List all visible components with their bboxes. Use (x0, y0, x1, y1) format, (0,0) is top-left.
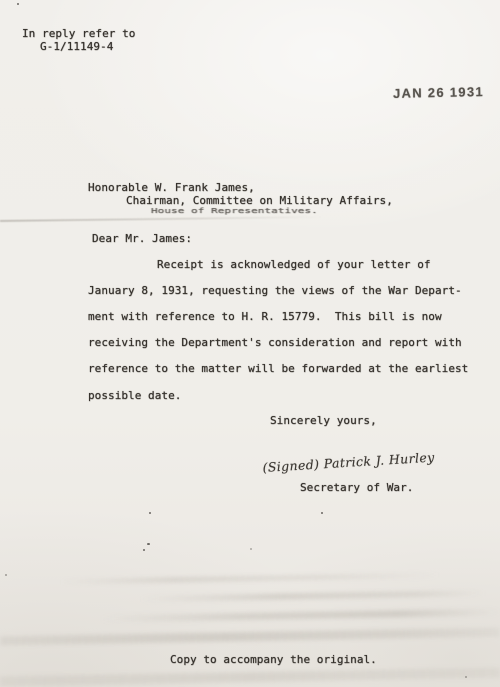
body-line: reference to the matter will be forwarde… (88, 362, 468, 375)
paper-smudge (100, 609, 500, 623)
copy-note: Copy to accompany the original. (170, 653, 377, 666)
paper-speck (250, 548, 252, 550)
paper-speck (17, 3, 19, 5)
recipient-organization-faded: House of Representatives. (151, 207, 318, 215)
body-line: receiving the Department's consideration… (88, 336, 462, 349)
body-line: January 8, 1931, requesting the views of… (88, 284, 462, 297)
scanned-letter-page: In reply refer to G-1/11149-4 JAN 26 193… (0, 0, 500, 687)
recipient-name: Honorable W. Frank James, (88, 181, 255, 194)
paper-speck (321, 512, 323, 514)
paper-smudge (60, 573, 440, 585)
reference-number: G-1/11149-4 (40, 40, 113, 53)
salutation: Dear Mr. James: (92, 232, 192, 245)
paper-fold-crease (0, 216, 322, 222)
paper-speck (147, 543, 150, 545)
body-line: ment with reference to H. R. 15779. This… (88, 310, 442, 323)
recipient-title: Chairman, Committee on Military Affairs, (126, 194, 393, 207)
date-received-stamp: JAN 26 1931 (393, 84, 484, 101)
body-line: possible date. (88, 389, 181, 402)
reference-note: In reply refer to (22, 27, 135, 40)
signature-title: Secretary of War. (300, 481, 413, 494)
body-line: Receipt is acknowledged of your letter o… (157, 258, 431, 271)
closing-phrase: Sincerely yours, (270, 414, 377, 427)
paper-smudge (0, 668, 500, 687)
paper-smudge (140, 590, 485, 602)
paper-speck (5, 574, 7, 576)
signature-line: (Signed) Patrick J. Hurley (262, 450, 435, 475)
paper-speck (143, 549, 145, 551)
paper-smudge (0, 628, 500, 646)
paper-speck (149, 512, 151, 514)
